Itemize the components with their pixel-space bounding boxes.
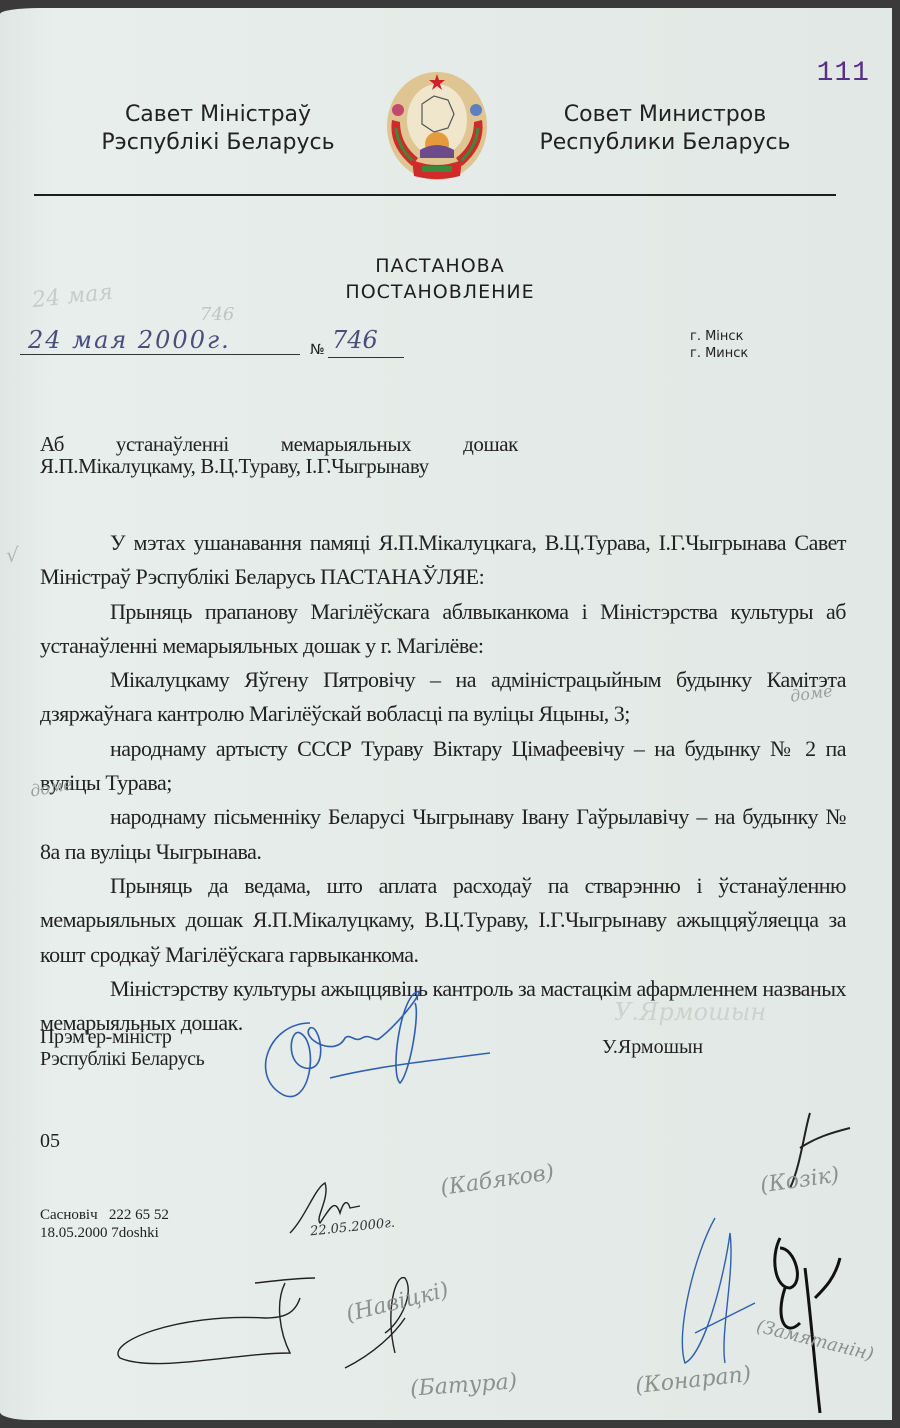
header-org-belarusian: Савет Міністраў Рэспублікі Беларусь [98, 101, 338, 157]
pencil-signer-name: У.Ярмошын [614, 998, 766, 1026]
number-label: № [310, 342, 325, 358]
page-number-stamp: 111 [817, 58, 870, 89]
title-line2: Я.П.Мікалуцкаму, В.Ц.Тураву, І.Г.Чыгрына… [40, 455, 518, 477]
handwritten-date: 24 мая 2000г. [28, 326, 231, 354]
visa-name: (Конарап) [634, 1362, 752, 1399]
paragraph-decision: Прыняць прапанову Магілёўскага аблвыканк… [40, 595, 846, 664]
signer-position: Прэм'ер-міністр Рэспублікі Беларусь [40, 1026, 204, 1070]
visa-signature-4 [675, 1213, 765, 1373]
org-name-line2: Республики Беларусь [520, 129, 810, 157]
paragraph-preamble: У мэтах ушанавання памяці Я.П.Мікалуцкаг… [40, 526, 846, 595]
document-title: Аб устанаўленні мемарыяльных дошак Я.П.М… [40, 433, 518, 477]
pencil-number-note: 746 [200, 304, 234, 325]
header-divider [34, 194, 836, 196]
signer-name: У.Ярмошын [602, 1036, 703, 1059]
visa-signature-3 [115, 1273, 415, 1373]
prepared-date-file: 18.05.2000 7doshki [40, 1224, 169, 1242]
title-word: мемарыяльных [281, 433, 411, 455]
position-line1: Прэм'ер-міністр [40, 1026, 204, 1048]
prime-minister-signature [250, 983, 490, 1113]
document-page: 111 Савет Міністраў Рэспублікі Беларусь … [0, 8, 892, 1420]
document-body: У мэтах ушанавання памяці Я.П.Мікалуцкаг… [40, 526, 846, 1040]
state-emblem-icon [378, 66, 496, 181]
title-word: Аб [40, 433, 64, 455]
city-belarusian: г. Мінск [690, 328, 748, 345]
paragraph-chygrynau: народнаму пісьменніку Беларусі Чыгрынаву… [40, 800, 846, 869]
pencil-check-mark: √ [6, 543, 19, 567]
org-name-line2: Рэспублікі Беларусь [98, 129, 338, 157]
title-line1: Аб устанаўленні мемарыяльных дошак [40, 433, 518, 455]
paragraph-turau: народнаму артысту СССР Тураву Віктару Ці… [40, 732, 846, 801]
title-word: дошак [463, 433, 518, 455]
visa-name: (Батура) [409, 1369, 518, 1401]
doc-type-belarusian: ПАСТАНОВА [0, 253, 880, 279]
paragraph-mikalutski: Мікалуцкаму Яўгену Пятровічу – на адміні… [40, 663, 846, 732]
position-line2: Рэспублікі Беларусь [40, 1048, 204, 1070]
org-name-line1: Савет Міністраў [98, 101, 338, 129]
paragraph-funding: Прыняць да ведама, што аплата расходаў п… [40, 869, 846, 972]
handwritten-number: 746 [332, 326, 378, 354]
executor-block: Сасновіч 222 65 52 18.05.2000 7doshki [40, 1206, 169, 1242]
title-word: устанаўленні [116, 433, 229, 455]
city-block: г. Мінск г. Минск [690, 328, 748, 362]
number-underline [328, 357, 404, 358]
visa-name: (Кабяков) [439, 1160, 556, 1201]
city-russian: г. Минск [690, 345, 748, 362]
distribution-code: 05 [40, 1130, 60, 1153]
header-org-russian: Совет Министров Республики Беларусь [520, 101, 810, 157]
org-name-line1: Совет Министров [520, 101, 810, 129]
doc-type-russian: ПОСТАНОВЛЕНИЕ [0, 279, 880, 305]
date-underline [20, 354, 300, 355]
document-type: ПАСТАНОВА ПОСТАНОВЛЕНИЕ [0, 253, 880, 305]
executor-name-phone: Сасновіч 222 65 52 [40, 1206, 169, 1224]
